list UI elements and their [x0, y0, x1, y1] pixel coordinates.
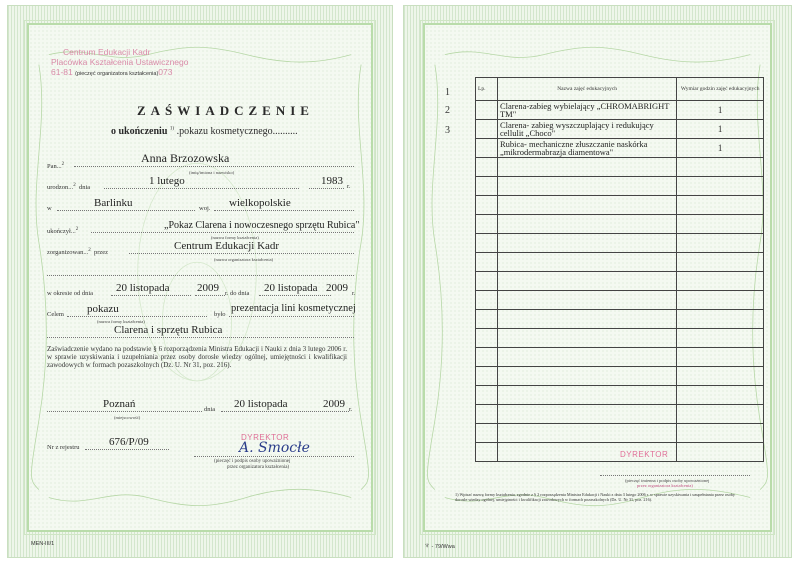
- organizer: Centrum Edukacji Kadr: [174, 240, 279, 252]
- cell-hours: [677, 234, 764, 253]
- cell-lp: [476, 215, 498, 234]
- table-row: [476, 215, 764, 234]
- table-header-row: Lp. Nazwa zajęć edukacyjnych Wymiar godz…: [476, 78, 764, 101]
- name-caption: (imię/imiona i nazwisko): [189, 170, 234, 175]
- cell-hours: [677, 329, 764, 348]
- stamp-line-2: Placówka Kształcenia Ustawicznego: [51, 57, 188, 67]
- cell-lp: [476, 367, 498, 386]
- place-caption: (miejscowość): [114, 415, 140, 420]
- cell-course-name: [497, 215, 676, 234]
- institution-stamp: Centrum Edukacji Kadr Placówka Kształcen…: [51, 47, 188, 79]
- cell-lp: [476, 348, 498, 367]
- table-row: [476, 272, 764, 291]
- cell-course-name: Rubica- mechaniczne złuszczanie naskórka…: [497, 139, 676, 158]
- cell-hours: [677, 215, 764, 234]
- table-row: [476, 196, 764, 215]
- cell-lp: [476, 234, 498, 253]
- header-course-name: Nazwa zajęć edukacyjnych: [497, 78, 676, 101]
- cell-lp: [476, 177, 498, 196]
- cell-lp: [476, 120, 498, 139]
- in-label: w: [47, 205, 52, 212]
- goal-continuation: Clarena i sprzętu Rubica: [114, 324, 222, 336]
- birth-day-line: [104, 188, 299, 189]
- place-line: [47, 411, 202, 412]
- cell-course-name: [497, 272, 676, 291]
- holder-name: Anna Brzozowska: [141, 151, 229, 166]
- footnote-ref: 1): [170, 127, 174, 132]
- issue-place: Poznań: [103, 398, 135, 410]
- cell-course-name: [497, 386, 676, 405]
- cell-hours: [677, 158, 764, 177]
- cell-hours: [677, 386, 764, 405]
- subtitle-value: .pokazu kosmetycznego..........: [177, 126, 298, 137]
- cell-hours: [677, 253, 764, 272]
- document-subtitle: o ukończeniu 1) .pokazu kosmetycznego...…: [111, 126, 298, 137]
- cell-hours: 1: [677, 101, 764, 120]
- cell-lp: [476, 196, 498, 215]
- year-suffix-3: r.: [349, 406, 352, 413]
- goal-label: Celem: [47, 311, 64, 318]
- course-line: [91, 232, 354, 233]
- cell-lp: [476, 329, 498, 348]
- cell-lp: [476, 443, 498, 462]
- year-suffix: r.: [347, 183, 350, 190]
- registry-number: 676/P/09: [109, 436, 149, 448]
- document-title: ZAŚWIADCZENIE: [137, 103, 314, 119]
- cell-course-name: [497, 310, 676, 329]
- row-number-2: 2: [445, 105, 450, 116]
- cell-course-name: Clarena- zabieg wyszczuplający i redukuj…: [497, 120, 676, 139]
- table-row: [476, 310, 764, 329]
- goal-line: [229, 316, 354, 317]
- printer-mark: ♆ - 79/Wwa: [424, 541, 455, 550]
- cell-hours: [677, 367, 764, 386]
- stamp-caption: (pieczęć organizatora kształcenia): [75, 71, 158, 77]
- cell-hours: [677, 310, 764, 329]
- signature-caption-1: (pieczęć i podpis osoby upoważnionej: [214, 459, 290, 464]
- table-row: Clarena- zabieg wyszczuplający i redukuj…: [476, 120, 764, 139]
- cell-lp: [476, 310, 498, 329]
- cell-hours: [677, 177, 764, 196]
- from-year: 2009: [197, 282, 219, 294]
- table-row: [476, 405, 764, 424]
- signature-caption-2: przez organizatora kształcenia): [637, 483, 693, 488]
- stamp-line-3: 61-81: [51, 67, 73, 77]
- form-code: MEN-III/1: [31, 541, 54, 547]
- cell-lp: [476, 158, 498, 177]
- cell-course-name: [497, 424, 676, 443]
- to-year: 2009: [326, 282, 348, 294]
- signature-caption-2: przez organizatora kształcenia): [227, 465, 289, 470]
- table-row: [476, 253, 764, 272]
- cell-course-name: [497, 348, 676, 367]
- table-row: [476, 329, 764, 348]
- issue-year: 2009: [323, 398, 345, 410]
- year-suffix-2: r.: [352, 290, 355, 297]
- cell-lp: [476, 101, 498, 120]
- certificate-back-page: 1 2 3 Lp. Nazwa zajęć edukacyjnych Wymia…: [403, 5, 792, 558]
- cell-hours: [677, 424, 764, 443]
- cell-lp: [476, 386, 498, 405]
- born-label: urodzon...2 dnia: [47, 183, 90, 191]
- cell-course-name: [497, 234, 676, 253]
- cell-hours: [677, 348, 764, 367]
- organizer-line: [129, 253, 354, 254]
- cell-lp: [476, 139, 498, 158]
- cell-course-name: [497, 196, 676, 215]
- director-stamp: DYREKTOR: [620, 450, 668, 459]
- cell-hours: 1: [677, 139, 764, 158]
- voivodeship: wielkopolskie: [229, 197, 291, 209]
- subtitle-label: o ukończeniu: [111, 126, 167, 137]
- voivodeship-label: woj.: [199, 205, 210, 212]
- voivodeship-line: [214, 210, 354, 211]
- from-date: 20 listopada: [116, 282, 169, 294]
- cell-hours: [677, 405, 764, 424]
- table-row: [476, 424, 764, 443]
- goal: prezentacja lini kosmetycznej: [231, 303, 356, 314]
- to-date: 20 listopada: [264, 282, 317, 294]
- course-hours-table: Lp. Nazwa zajęć edukacyjnych Wymiar godz…: [475, 77, 764, 462]
- organized-label: zorganizowan...2 przez: [47, 248, 108, 256]
- signature-line: [194, 456, 354, 457]
- table-row: [476, 158, 764, 177]
- cell-hours: [677, 291, 764, 310]
- issue-date-line: [221, 411, 349, 412]
- table-row: [476, 234, 764, 253]
- row-number-1: 1: [445, 87, 450, 98]
- from-date-line: [111, 295, 191, 296]
- cell-course-name: [497, 367, 676, 386]
- certificate-front-page: Centrum Edukacji Kadr Placówka Kształcen…: [7, 5, 393, 558]
- completed-label: ukończył...2: [47, 227, 78, 235]
- cell-course-name: [497, 158, 676, 177]
- birth-place: Barlinku: [94, 197, 133, 209]
- birth-day: 1 lutego: [149, 175, 185, 187]
- table-row: [476, 177, 764, 196]
- cell-course-name: [497, 177, 676, 196]
- printer-logo-icon: ♆: [424, 541, 430, 550]
- cell-lp: [476, 405, 498, 424]
- table-row: [476, 386, 764, 405]
- form: pokazu: [87, 303, 119, 315]
- legal-basis-text: Zaświadczenie wydano na podstawie § 6 ro…: [47, 345, 347, 369]
- name-line: [74, 166, 354, 167]
- registry-line: [85, 449, 169, 450]
- header-hours: Wymiar godzin zajęć edukacyjnych: [677, 78, 764, 101]
- organizer-caption: (nazwa organizatora kształcenia): [214, 257, 273, 262]
- cell-course-name: [497, 405, 676, 424]
- stamp-line-1: Centrum Edukacji Kadr: [51, 47, 188, 57]
- issue-date: 20 listopada: [234, 398, 287, 410]
- director-signature: A. Smocłe: [239, 440, 310, 456]
- table-row: [476, 291, 764, 310]
- registry-label: Nr z rejestru: [47, 444, 79, 451]
- table-row: Clarena-zabieg wybielający „CHROMABRIGHT…: [476, 101, 764, 120]
- birth-year-line: [309, 188, 344, 189]
- signature-line: [600, 475, 750, 476]
- period-label: w okresie od dnia: [47, 290, 93, 297]
- from-year-line: [195, 295, 225, 296]
- cell-hours: [677, 272, 764, 291]
- form-line: [67, 316, 207, 317]
- was-label: było: [214, 311, 226, 318]
- organizer-line-2: [47, 275, 354, 276]
- issue-day-label: dnia: [204, 406, 215, 413]
- birth-place-line: [57, 210, 195, 211]
- to-label: r. do dnia: [225, 290, 249, 297]
- cell-course-name: [497, 291, 676, 310]
- cell-lp: [476, 291, 498, 310]
- table-row: [476, 348, 764, 367]
- goal-line-2: [47, 337, 354, 338]
- cell-course-name: [497, 329, 676, 348]
- table-row: [476, 367, 764, 386]
- cell-lp: [476, 424, 498, 443]
- vine-border-ornament: [29, 25, 371, 528]
- header-lp: Lp.: [476, 78, 498, 101]
- cell-lp: [476, 272, 498, 291]
- cell-course-name: [497, 253, 676, 272]
- cell-hours: [677, 196, 764, 215]
- cell-hours: 1: [677, 120, 764, 139]
- table-row: Rubica- mechaniczne złuszczanie naskórka…: [476, 139, 764, 158]
- cell-hours: [677, 443, 764, 462]
- pan-label: Pan...2: [47, 162, 64, 170]
- course-name: „Pokaz Clarena i nowoczesnego sprzętu Ru…: [164, 220, 359, 231]
- birth-year: 1983: [321, 175, 343, 187]
- cell-course-name: Clarena-zabieg wybielający „CHROMABRIGHT…: [497, 101, 676, 120]
- footnote-text: 1) Wpisać nazwę formy kształcenia, zgodn…: [455, 492, 745, 502]
- printer-mark-text: - 79/Wwa: [432, 544, 455, 550]
- decorative-frame: 1 2 3 Lp. Nazwa zajęć edukacyjnych Wymia…: [423, 23, 772, 532]
- decorative-frame: Centrum Edukacji Kadr Placówka Kształcen…: [27, 23, 373, 532]
- stamp-line-3-suffix: 073: [158, 67, 172, 77]
- cell-lp: [476, 253, 498, 272]
- to-date-line: [259, 295, 331, 296]
- row-number-3: 3: [445, 125, 450, 136]
